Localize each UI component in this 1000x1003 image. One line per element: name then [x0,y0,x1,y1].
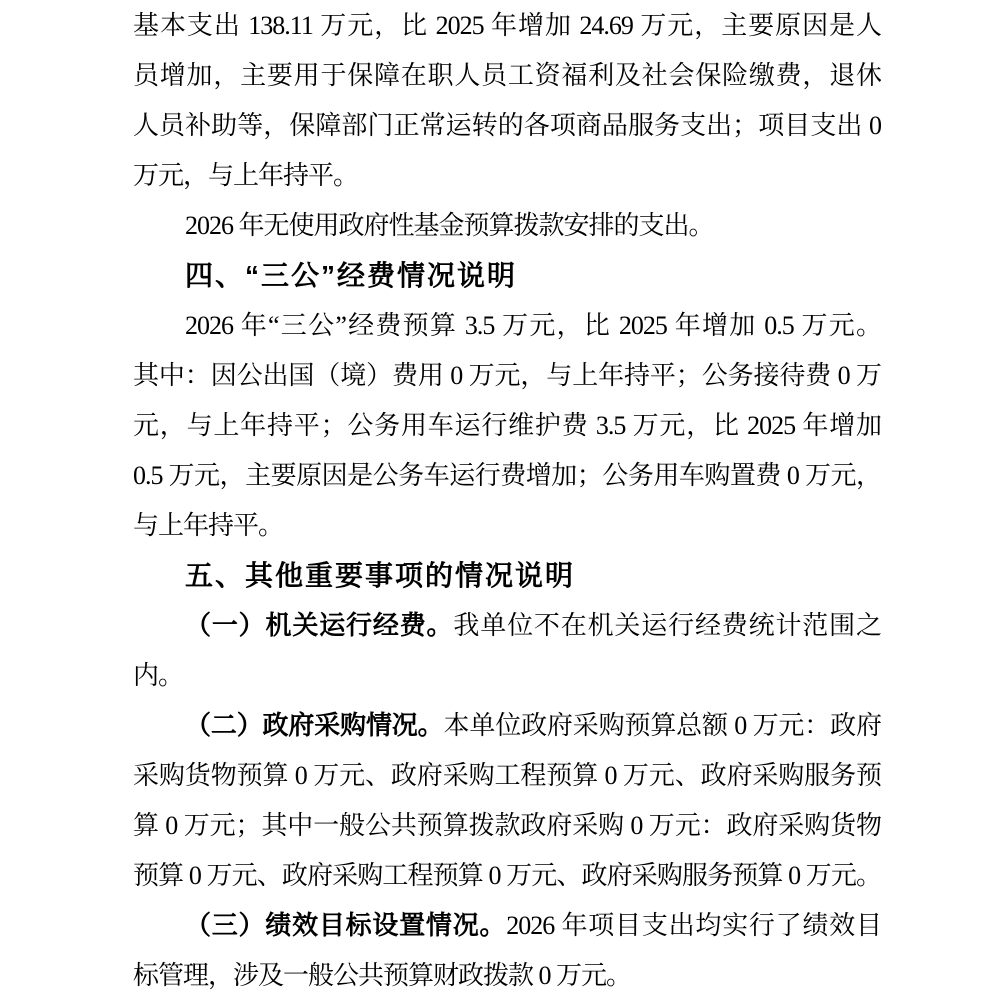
paragraph-lead: （二）政府采购情况。 [185,711,444,740]
text-run: 2026 年项目支出均实行了绩效目 [506,911,881,940]
paragraph-agency-operating-funds: （一）机关运行经费。我单位不在机关运行经费统计范围之 内。 [133,601,881,701]
text-line: 2026 年“三公”经费预算 3.5 万元，比 2025 年增加 0.5 万元。 [133,301,881,351]
paragraph-lead: （一）机关运行经费。 [185,611,453,640]
text-line: 员增加，主要用于保障在职人员工资福利及社会保险缴费，退休 [133,51,881,101]
text-line: 人员补助等，保障部门正常运转的各项商品服务支出；项目支出 0 [133,101,881,151]
text-line: 与上年持平。 [133,501,881,551]
text-run: 我单位不在机关运行经费统计范围之 [453,611,881,640]
text-run: 本单位政府采购预算总额 0 万元：政府 [444,711,881,740]
paragraph-basic-expenditure: 基本支出 138.11 万元，比 2025 年增加 24.69 万元，主要原因是… [133,1,881,201]
paragraph-performance-targets: （三）绩效目标设置情况。2026 年项目支出均实行了绩效目 标管理，涉及一般公共… [133,901,881,1001]
paragraph-lead: （三）绩效目标设置情况。 [185,911,506,940]
text-line: 内。 [133,651,881,701]
text-line: 2026 年无使用政府性基金预算拨款安排的支出。 [133,201,881,251]
text-line: 采购货物预算 0 万元、政府采购工程预算 0 万元、政府采购服务预 [133,751,881,801]
text-line: （二）政府采购情况。本单位政府采购预算总额 0 万元：政府 [133,701,881,751]
text-line: （三）绩效目标设置情况。2026 年项目支出均实行了绩效目 [133,901,881,951]
text-line: （一）机关运行经费。我单位不在机关运行经费统计范围之 [133,601,881,651]
text-line: 0.5 万元，主要原因是公务车运行费增加；公务用车购置费 0 万元， [133,451,881,501]
text-line: 算 0 万元；其中一般公共预算拨款政府采购 0 万元：政府采购货物 [133,801,881,851]
text-line: 元，与上年持平；公务用车运行维护费 3.5 万元，比 2025 年增加 [133,401,881,451]
paragraph-gov-fund-expenditure: 2026 年无使用政府性基金预算拨款安排的支出。 [133,201,881,251]
text-line: 预算 0 万元、政府采购工程预算 0 万元、政府采购服务预算 0 万元。 [133,851,881,901]
document-page: 基本支出 138.11 万元，比 2025 年增加 24.69 万元，主要原因是… [0,0,1000,1003]
text-line: 基本支出 138.11 万元，比 2025 年增加 24.69 万元，主要原因是… [133,1,881,51]
section-heading-other-important-matters: 五、其他重要事项的情况说明 [133,551,881,601]
section-heading-three-public-funds: 四、“三公”经费情况说明 [133,251,881,301]
text-line: 万元，与上年持平。 [133,151,881,201]
paragraph-three-public-funds-detail: 2026 年“三公”经费预算 3.5 万元，比 2025 年增加 0.5 万元。… [133,301,881,551]
text-line: 其中：因公出国（境）费用 0 万元，与上年持平；公务接待费 0 万 [133,351,881,401]
paragraph-government-procurement: （二）政府采购情况。本单位政府采购预算总额 0 万元：政府 采购货物预算 0 万… [133,701,881,901]
text-line: 标管理，涉及一般公共预算财政拨款 0 万元。 [133,951,881,1001]
